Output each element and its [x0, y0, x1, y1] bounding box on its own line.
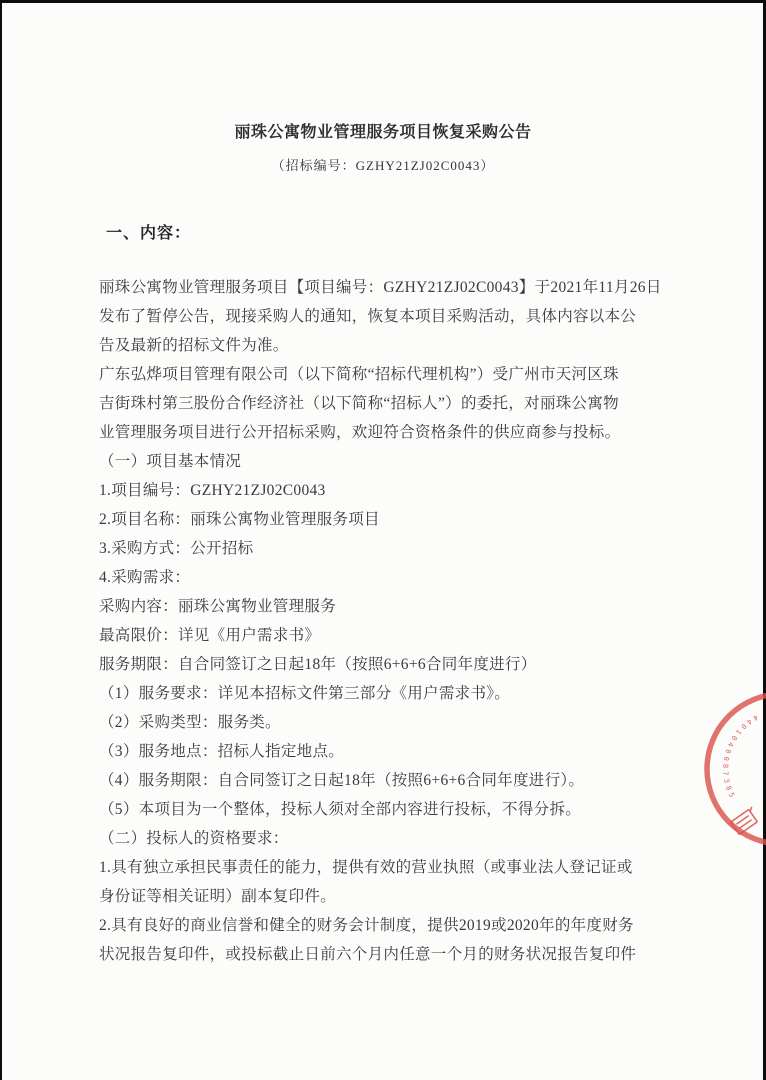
text-line: 告及最新的招标文件为准。: [99, 331, 677, 360]
text-line: （3）服务地点：招标人指定地点。: [99, 737, 677, 766]
section-heading: 一、内容：: [106, 220, 191, 243]
seal-serial-number: 4401040087385: [721, 713, 759, 802]
text-line: 丽珠公寓物业管理服务项目【项目编号：GZHY21ZJ02C0043】于2021年…: [99, 273, 677, 302]
text-line: 4.采购需求：: [99, 563, 677, 592]
document-body: 丽珠公寓物业管理服务项目【项目编号：GZHY21ZJ02C0043】于2021年…: [99, 273, 677, 969]
text-line: （5）本项目为一个整体，投标人须对全部内容进行投标，不得分拆。: [99, 795, 677, 824]
tender-number-subtitle: （招标编号：GZHY21ZJ02C0043）: [0, 155, 766, 174]
scanned-document-page: 丽珠公寓物业管理服务项目恢复采购公告 （招标编号：GZHY21ZJ02C0043…: [0, 0, 766, 1080]
text-line: 状况报告复印件，或投标截止日前六个月内任意一个月的财务状况报告复印件: [99, 940, 677, 969]
text-line: 身份证等相关证明）副本复印件。: [99, 882, 677, 911]
text-line: （一）项目基本情况: [99, 447, 677, 476]
seal-graphic: 4401040087385: [696, 688, 766, 854]
text-line: 最高限价：详见《用户需求书》: [99, 621, 677, 650]
text-line: （2）采购类型：服务类。: [99, 708, 677, 737]
text-line: （1）服务要求：详见本招标文件第三部分《用户需求书》。: [99, 679, 677, 708]
official-red-seal: 4401040087385: [696, 688, 766, 854]
text-line: 业管理服务项目进行公开招标采购，欢迎符合资格条件的供应商参与投标。: [99, 418, 677, 447]
text-line: 吉街珠村第三股份合作经济社（以下简称“招标人”）的委托，对丽珠公寓物: [99, 389, 677, 418]
document-title: 丽珠公寓物业管理服务项目恢复采购公告: [0, 119, 766, 142]
text-line: 3.采购方式：公开招标: [99, 534, 677, 563]
text-line: （4）服务期限：自合同签订之日起18年（按照6+6+6合同年度进行）。: [99, 766, 677, 795]
text-line: 采购内容：丽珠公寓物业管理服务: [99, 592, 677, 621]
text-line: 发布了暂停公告，现接采购人的通知，恢复本项目采购活动，具体内容以本公: [99, 302, 677, 331]
text-line: 2.项目名称：丽珠公寓物业管理服务项目: [99, 505, 677, 534]
text-line: 2.具有良好的商业信誉和健全的财务会计制度，提供2019或2020年的年度财务: [99, 911, 677, 940]
text-line: 1.项目编号：GZHY21ZJ02C0043: [99, 476, 677, 505]
text-line: 广东弘烨项目管理有限公司（以下简称“招标代理机构”）受广州市天河区珠: [99, 360, 677, 389]
text-line: 1.具有独立承担民事责任的能力，提供有效的营业执照（或事业法人登记证或: [99, 853, 677, 882]
scan-edge-top: [0, 0, 766, 3]
text-line: （二）投标人的资格要求：: [99, 824, 677, 853]
text-line: 服务期限：自合同签订之日起18年（按照6+6+6合同年度进行）: [99, 650, 677, 679]
